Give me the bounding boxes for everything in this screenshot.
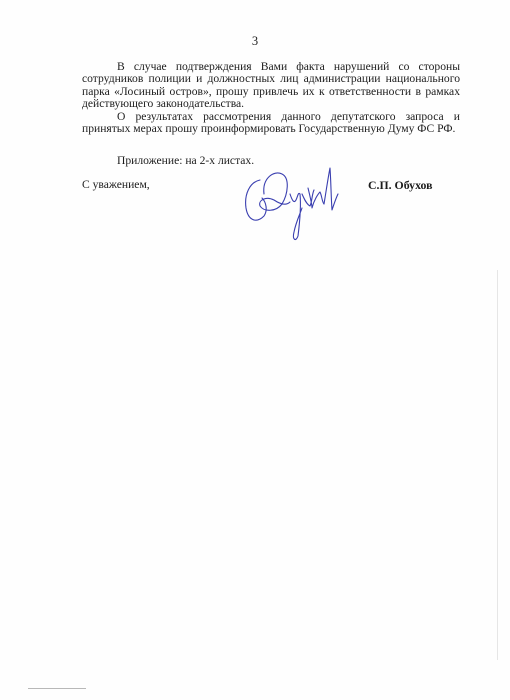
scan-artifact-line xyxy=(28,688,86,689)
handwritten-signature-icon xyxy=(238,164,342,246)
attachment-note: Приложение: на 2-х листах. xyxy=(117,154,254,167)
letter-body: В случае подтверждения Вами факта наруше… xyxy=(82,61,460,135)
closing-salutation: С уважением, xyxy=(82,178,150,191)
signer-name: С.П. Обухов xyxy=(368,178,433,193)
paragraph-violations: В случае подтверждения Вами факта наруше… xyxy=(82,61,460,111)
document-page: 3 В случае подтверждения Вами факта нару… xyxy=(0,0,510,700)
page-number: 3 xyxy=(0,34,510,49)
paragraph-inform: О результатах рассмотрения данного депут… xyxy=(82,111,460,136)
scan-artifact-edge xyxy=(497,270,498,660)
